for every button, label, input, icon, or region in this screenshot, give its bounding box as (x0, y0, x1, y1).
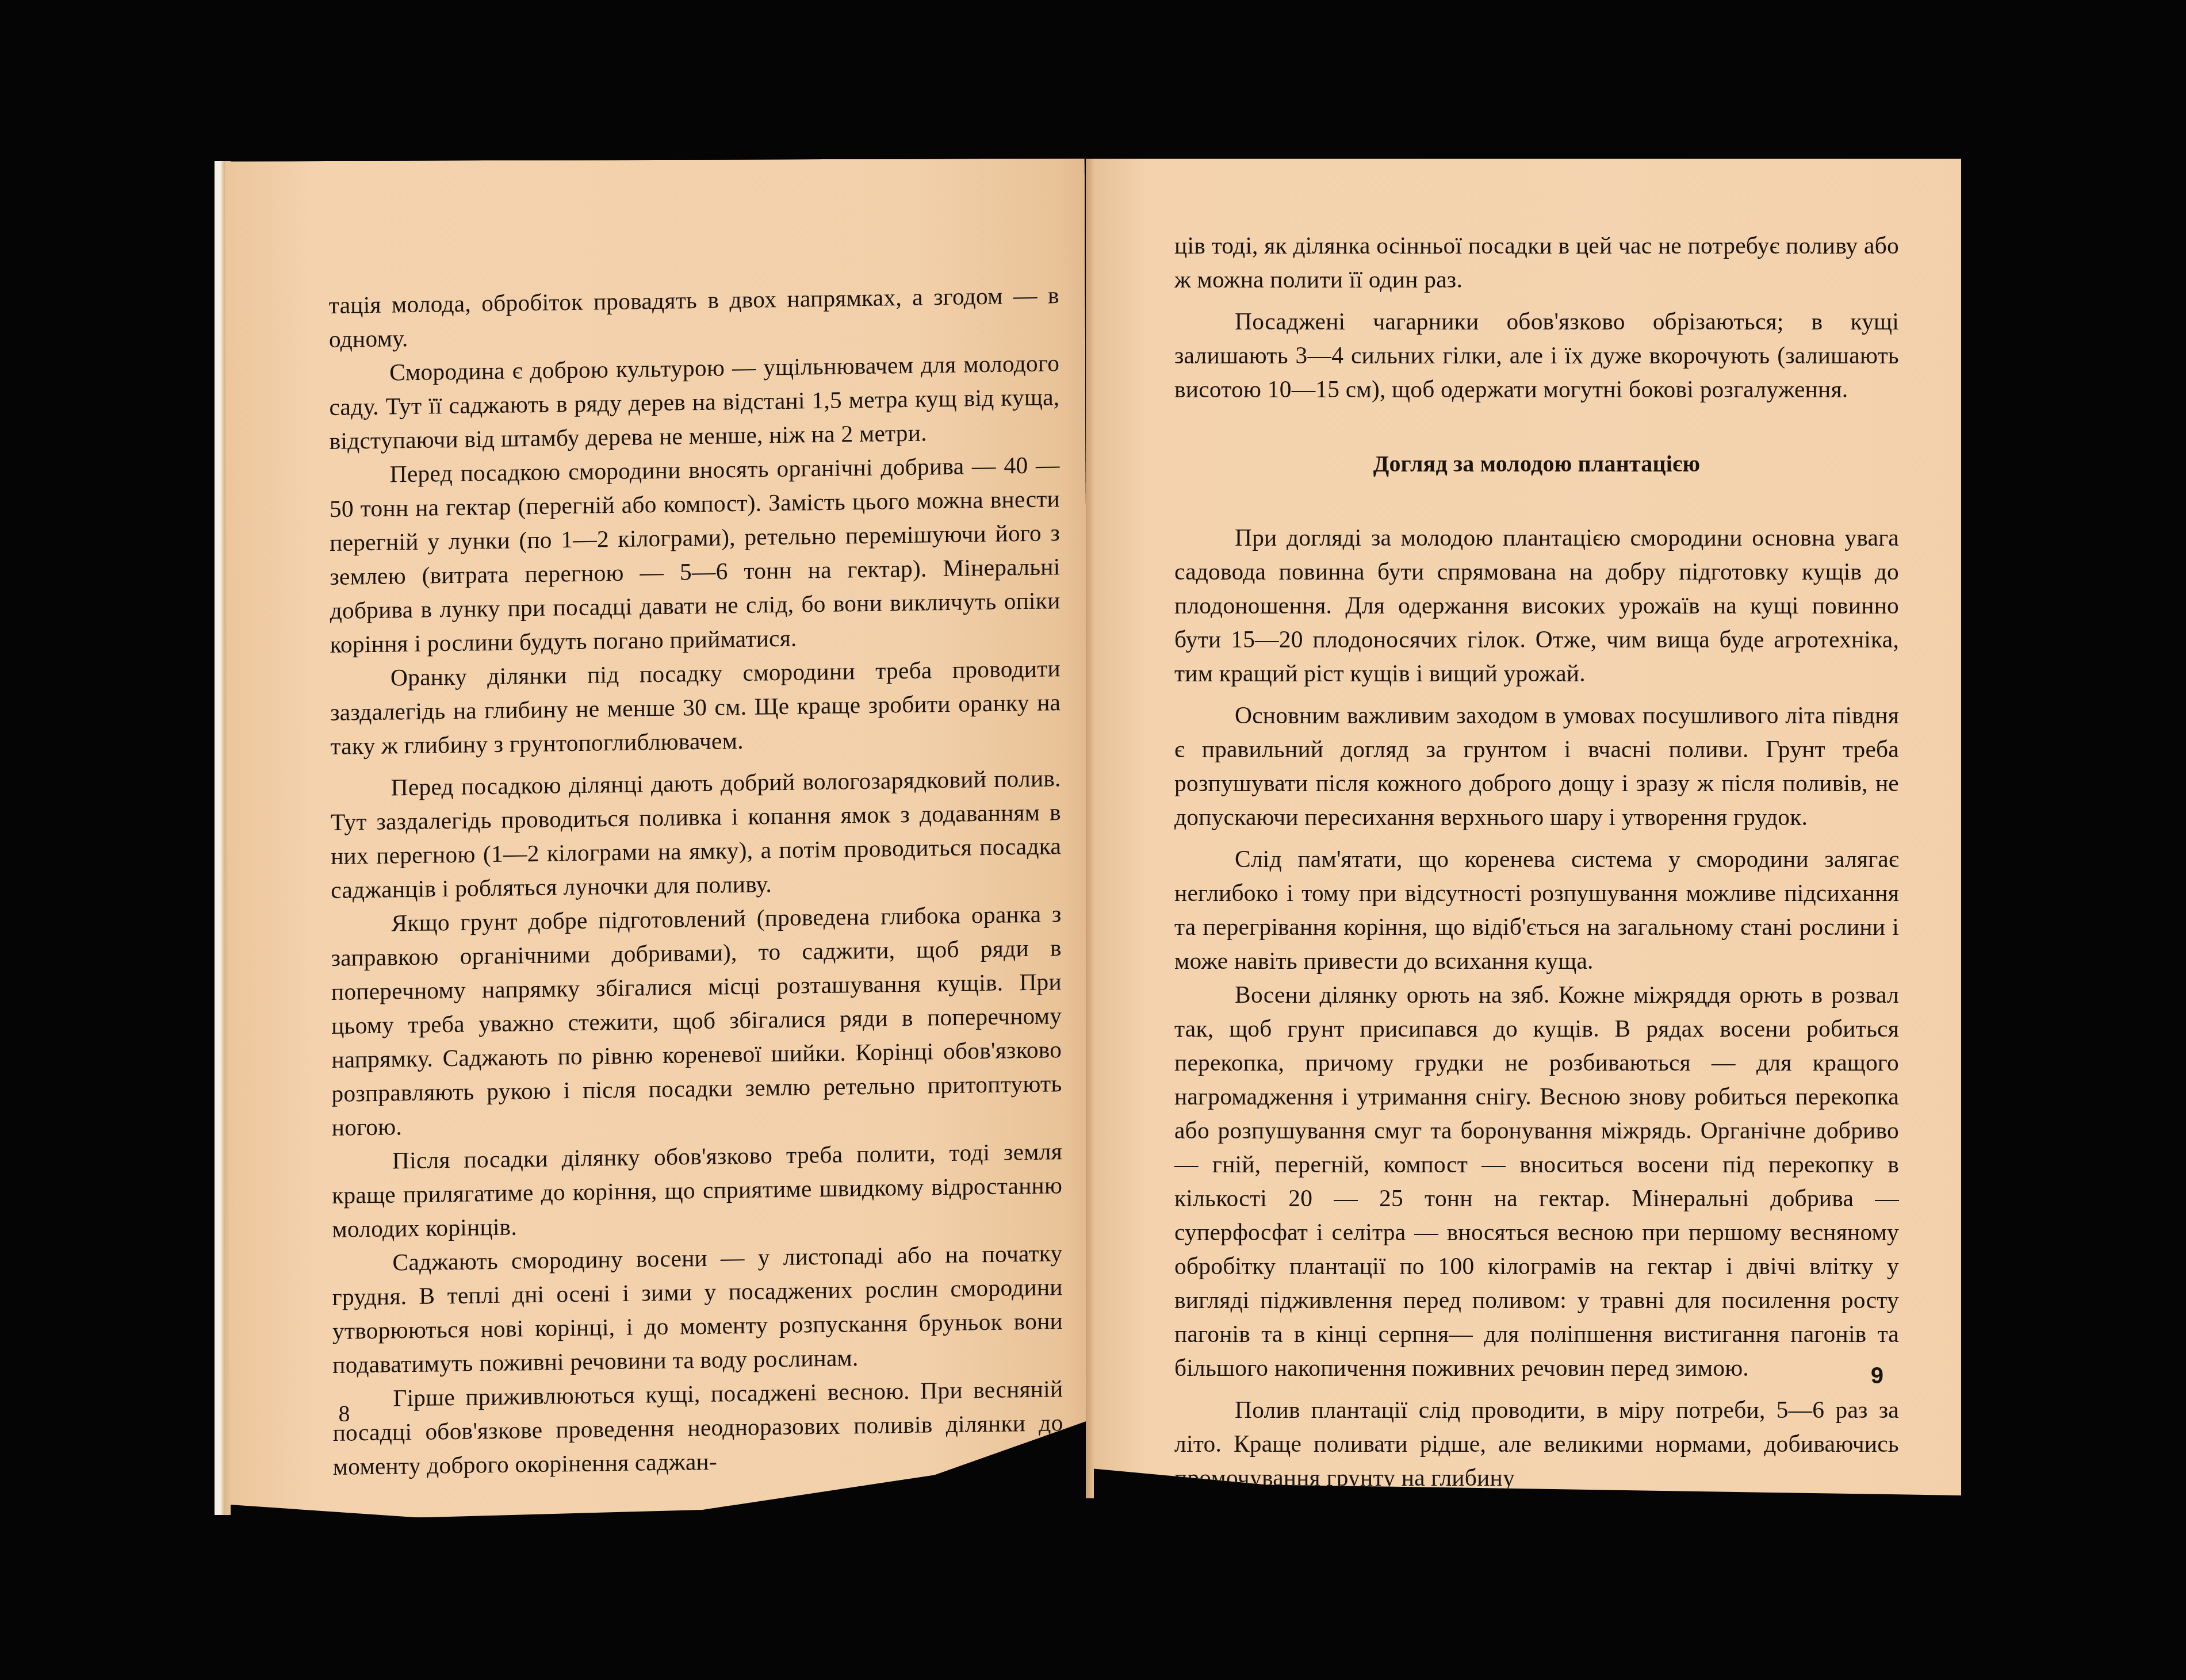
page-number: 8 (338, 1400, 350, 1427)
paragraph: Восени ділянку орють на зяб. Кожне міжря… (1174, 978, 1899, 1385)
paragraph: Оранку ділянки під посадку смородини тре… (330, 651, 1061, 764)
paragraph: ців тоді, як ділянка осінньої посадки в … (1174, 229, 1899, 297)
right-page: ців тоді, як ділянка осінньої посадки в … (1094, 159, 1961, 1495)
paragraph: тація молода, обробіток провадять в двох… (329, 278, 1059, 356)
paragraph: Саджають смородину восени — у листопаді … (332, 1236, 1063, 1382)
paragraph: Смородина є доброю культурою — ущільнюва… (329, 346, 1060, 458)
left-page-text: тація молода, обробіток провадять в двох… (329, 278, 1063, 1484)
paragraph: Гірше приживлюються кущі, посаджені весн… (332, 1372, 1063, 1484)
paragraph: Перед посадкою ділянці дають добрий воло… (331, 761, 1062, 907)
paragraph: При догляді за молодою плантацією смород… (1174, 521, 1899, 691)
paragraph: Слід пам'ятати, що коренева система у см… (1174, 842, 1899, 978)
booklet-spread: тація молода, обробіток провадять в двох… (0, 0, 2186, 1680)
left-page: тація молода, обробіток провадять в двох… (225, 158, 1089, 1518)
section-heading: Догляд за молодою плантацією (1174, 447, 1899, 481)
paragraph: Посаджені чагарники обов'язково обрізают… (1174, 305, 1899, 406)
paragraph: Основним важливим заходом в умовах посуш… (1174, 699, 1899, 834)
paragraph: Полив плантації слід проводити, в міру п… (1174, 1393, 1899, 1495)
book-spine (1086, 159, 1094, 1498)
page-number: 9 (1871, 1363, 1883, 1389)
right-page-text: ців тоді, як ділянка осінньої посадки в … (1174, 229, 1899, 1495)
paragraph: Перед посадкою смородини вносять органіч… (330, 448, 1061, 662)
paragraph: Якщо грунт добре підготовлений (проведен… (331, 897, 1062, 1145)
paragraph: Після посадки ділянку обов'язково треба … (332, 1134, 1063, 1246)
